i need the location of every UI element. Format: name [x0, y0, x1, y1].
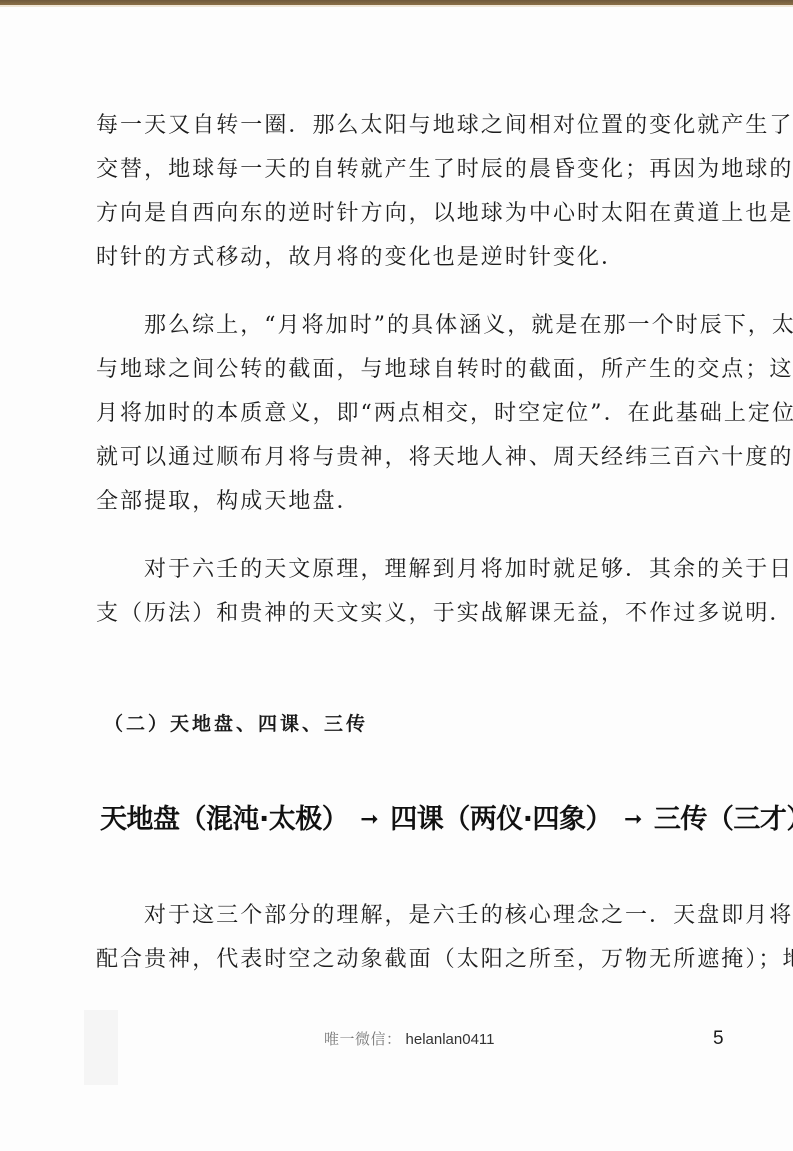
paragraph-2-line-5: 全部提取，构成天地盘．	[96, 489, 726, 515]
paragraph-3-line-2: 支（历法）和贵神的天文实义，于实战解课无益，不作过多说明．	[96, 601, 726, 627]
paragraph-1-line-4: 时针的方式移动，故月将的变化也是逆时针变化．	[96, 245, 726, 271]
paragraph-2-line-1: 那么综上，“月将加时”的具体涵义，就是在那一个时辰下，太阳	[144, 313, 774, 339]
paragraph-3-line-1: 对于六壬的天文原理，理解到月将加时就足够．其余的关于日干	[144, 557, 774, 583]
flow-step-sanchuan: 三传（三才）	[654, 800, 793, 840]
scan-artifact	[84, 1010, 118, 1085]
document-page: 每一天又自转一圈．那么太阳与地球之间相对位置的变化就产生了四时 交替，地球每一天…	[0, 0, 793, 1151]
footer-contact: 唯一微信：helanlan0411	[324, 1029, 495, 1050]
section-heading: （二）天地盘、四课、三传	[104, 711, 368, 737]
closing-paragraph-line-2: 配合贵神，代表时空之动象截面（太阳之所至，万物无所遮掩）；地盘即	[96, 947, 726, 973]
flow-step-tiandipan: 天地盘（混沌·太极）	[100, 800, 348, 840]
footer-contact-id: helanlan0411	[406, 1031, 495, 1048]
paragraph-1-line-2: 交替，地球每一天的自转就产生了时辰的晨昏变化；再因为地球的公转	[96, 157, 726, 183]
paragraph-2-line-2: 与地球之间公转的截面，与地球自转时的截面，所产生的交点；这就是	[96, 357, 726, 383]
page-number: 5	[713, 1028, 724, 1050]
flow-step-sike: 四课（两仪·四象）	[390, 800, 612, 840]
closing-paragraph-line-1: 对于这三个部分的理解，是六壬的核心理念之一．天盘即月将盘，	[144, 903, 774, 929]
arrow-right-icon: ➞	[360, 800, 378, 840]
paragraph-2-line-3: 月将加时的本质意义，即“两点相交，时空定位”．在此基础上定位以后，	[96, 401, 726, 427]
flow-heading: 天地盘（混沌·太极） ➞ 四课（两仪·四象） ➞ 三传（三才）	[100, 800, 793, 840]
paragraph-1-line-3: 方向是自西向东的逆时针方向，以地球为中心时太阳在黄道上也是以逆	[96, 201, 726, 227]
arrow-right-icon: ➞	[624, 800, 642, 840]
paragraph-2-line-4: 就可以通过顺布月将与贵神，将天地人神、周天经纬三百六十度的信息	[96, 445, 726, 471]
footer-contact-label: 唯一微信：	[324, 1030, 402, 1048]
paragraph-1-line-1: 每一天又自转一圈．那么太阳与地球之间相对位置的变化就产生了四时	[96, 113, 726, 139]
